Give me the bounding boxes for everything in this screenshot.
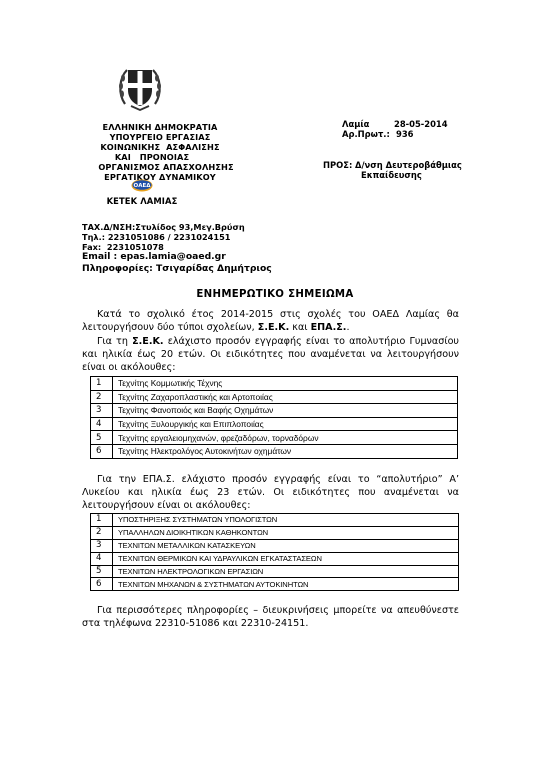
- specialty-name: ΤΕΧΝΙΤΩΝ ΜΕΤΑΛΛΙΚΩΝ ΚΑΤΑΣΚΕΥΩΝ: [113, 539, 459, 552]
- oaed-logo-icon: ΟΑΕΔ: [131, 179, 153, 192]
- letterhead-line: ΚΑΙ ΠΡΟΝΟΙΑΣ: [52, 152, 252, 162]
- contact-email: Email : epas.lamia@oaed.gr: [82, 252, 226, 262]
- table-row: 2ΥΠΑΛΛΗΛΩΝ ΔΙΟΙΚΗΤΙΚΩΝ ΚΑΘΗΚΟΝΤΩΝ: [91, 526, 459, 539]
- table-row: 1ΥΠΟΣΤΗΡΙΞΗΣ ΣΥΣΤΗΜΑΤΩΝ ΥΠΟΛΟΓΙΣΤΩΝ: [91, 514, 459, 527]
- recipient-line-2: Εκπαίδευσης: [361, 170, 422, 180]
- specialty-name: ΥΠΑΛΛΗΛΩΝ ΔΙΟΙΚΗΤΙΚΩΝ ΚΑΘΗΚΟΝΤΩΝ: [113, 526, 459, 539]
- table-row: 3Τεχνίτης Φανοποιός και Βαφής Οχημάτων: [91, 404, 458, 418]
- table-row: 6ΤΕΧΝΙΤΩΝ ΜΗΧΑΝΩΝ & ΣΥΣΤΗΜΑΤΩΝ ΑΥΤΟΚΙΝΗΤ…: [91, 578, 459, 591]
- specialty-name: Τεχνίτης εργαλειομηχανών, φρεζαδόρων, το…: [113, 431, 458, 445]
- specialty-name: ΤΕΧΝΙΤΩΝ ΜΗΧΑΝΩΝ & ΣΥΣΤΗΜΑΤΩΝ ΑΥΤΟΚΙΝΗΤΩ…: [113, 578, 459, 591]
- specialty-name: Τεχνίτης Ηλεκτρολόγος Αυτοκινήτων οχημάτ…: [113, 444, 458, 458]
- recipient-label: ΠΡΟΣ:: [323, 160, 352, 170]
- epas-abbrev: ΕΠΑ.Σ.: [311, 322, 347, 333]
- place-label: Λαμία: [342, 119, 369, 129]
- svg-text:ΟΑΕΔ: ΟΑΕΔ: [134, 183, 152, 189]
- row-number: 6: [91, 578, 113, 591]
- greek-coat-of-arms-icon: [117, 64, 163, 112]
- row-number: 4: [91, 417, 113, 431]
- epas-specialties-table: 1ΥΠΟΣΤΗΡΙΞΗΣ ΣΥΣΤΗΜΑΤΩΝ ΥΠΟΛΟΓΙΣΤΩΝ2ΥΠΑΛ…: [90, 513, 459, 591]
- contact-info: Πληροφορίες: Τσιγαρίδας Δημήτριος: [82, 264, 272, 274]
- letterhead-line: ΥΠΟΥΡΓΕΙΟ ΕΡΓΑΣΙΑΣ: [60, 132, 260, 142]
- recipient-line-1: Δ/νση Δευτεροβάθμιας: [355, 160, 462, 170]
- row-number: 5: [91, 565, 113, 578]
- specialty-name: ΤΕΧΝΙΤΩΝ ΘΕΡΜΙΚΩΝ ΚΑΙ ΥΔΡΑΥΛΙΚΩΝ ΕΓΚΑΤΑΣ…: [113, 552, 459, 565]
- unit-name: ΚΕΤΕΚ ΛΑΜΙΑΣ: [62, 196, 222, 206]
- contact-phone: Τηλ.: 2231051086 / 2231024151: [82, 232, 230, 242]
- table-row: 6Τεχνίτης Ηλεκτρολόγος Αυτοκινήτων οχημά…: [91, 444, 458, 458]
- table-row: 3ΤΕΧΝΙΤΩΝ ΜΕΤΑΛΛΙΚΩΝ ΚΑΤΑΣΚΕΥΩΝ: [91, 539, 459, 552]
- epas-paragraph: Για την ΕΠΑ.Σ. ελάχιστο προσόν εγγραφής …: [82, 473, 459, 513]
- epas-text: Για την ΕΠΑ.Σ. ελάχιστο προσόν εγγραφής …: [82, 474, 459, 511]
- specialty-name: Τεχνίτης Κομμωτικής Τέχνης: [113, 377, 458, 391]
- row-number: 1: [91, 377, 113, 391]
- row-number: 3: [91, 404, 113, 418]
- letterhead-line: ΚΟΙΝΩΝΙΚΗΣ ΑΣΦΑΛΙΣΗΣ: [60, 142, 260, 152]
- row-number: 5: [91, 431, 113, 445]
- closing-text: Για περισσότερες πληροφορίες – διευκρινή…: [82, 605, 459, 629]
- intro-end: .: [346, 322, 349, 333]
- row-number: 2: [91, 390, 113, 404]
- letterhead-line: ΟΡΓΑΝΙΣΜΟΣ ΑΠΑΣΧΟΛΗΣΗΣ: [66, 162, 266, 172]
- table-row: 4ΤΕΧΝΙΤΩΝ ΘΕΡΜΙΚΩΝ ΚΑΙ ΥΔΡΑΥΛΙΚΩΝ ΕΓΚΑΤΑ…: [91, 552, 459, 565]
- protocol-label: Αρ.Πρωτ.:: [342, 129, 390, 139]
- sek-paragraph: Για τη Σ.Ε.Κ. ελάχιστο προσόν εγγραφής ε…: [82, 335, 459, 375]
- specialty-name: Τεχνίτης Φανοποιός και Βαφής Οχημάτων: [113, 404, 458, 418]
- sek-specialties-table: 1Τεχνίτης Κομμωτικής Τέχνης2Τεχνίτης Ζαχ…: [90, 376, 458, 459]
- table-row: 5ΤΕΧΝΙΤΩΝ ΗΛΕΚΤΡΟΛΟΓΙΚΩΝ ΕΡΓΑΣΙΩΝ: [91, 565, 459, 578]
- intro-and: και: [289, 322, 310, 333]
- sek-bold: Σ.Ε.Κ.: [132, 336, 163, 347]
- row-number: 1: [91, 514, 113, 527]
- row-number: 2: [91, 526, 113, 539]
- sek-pre: Για τη: [97, 336, 132, 347]
- table-row: 1Τεχνίτης Κομμωτικής Τέχνης: [91, 377, 458, 391]
- row-number: 4: [91, 552, 113, 565]
- specialty-name: Τεχνίτης Ζαχαροπλαστικής και Αρτοποιίας: [113, 390, 458, 404]
- contact-address: ΤΑΧ.Δ/ΝΣΗ:Στυλίδος 93,Μεγ.Βρύση: [82, 222, 245, 232]
- table-row: 4Τεχνίτης Ξυλουργικής και Επιπλοποιίας: [91, 417, 458, 431]
- specialty-name: ΤΕΧΝΙΤΩΝ ΗΛΕΚΤΡΟΛΟΓΙΚΩΝ ΕΡΓΑΣΙΩΝ: [113, 565, 459, 578]
- table-row: 5Τεχνίτης εργαλειομηχανών, φρεζαδόρων, τ…: [91, 431, 458, 445]
- intro-paragraph: Κατά το σχολικό έτος 2014-2015 στις σχολ…: [82, 308, 459, 334]
- closing-paragraph: Για περισσότερες πληροφορίες – διευκρινή…: [82, 604, 459, 630]
- letterhead-line: ΕΛΛΗΝΙΚΗ ΔΗΜΟΚΡΑΤΙΑ: [60, 122, 260, 132]
- letterhead-line: ΕΡΓΑΤΙΚΟΥ ΔΥΝΑΜΙΚΟΥ: [60, 172, 260, 182]
- sek-abbrev: Σ.Ε.Κ.: [258, 322, 289, 333]
- document-title: ΕΝΗΜΕΡΩΤΙΚΟ ΣΗΜΕΙΩΜΑ: [75, 289, 475, 300]
- specialty-name: Τεχνίτης Ξυλουργικής και Επιπλοποιίας: [113, 417, 458, 431]
- document-date: 28-05-2014: [394, 119, 448, 129]
- row-number: 3: [91, 539, 113, 552]
- protocol-number: 936: [396, 129, 413, 139]
- row-number: 6: [91, 444, 113, 458]
- specialty-name: ΥΠΟΣΤΗΡΙΞΗΣ ΣΥΣΤΗΜΑΤΩΝ ΥΠΟΛΟΓΙΣΤΩΝ: [113, 514, 459, 527]
- table-row: 2Τεχνίτης Ζαχαροπλαστικής και Αρτοποιίας: [91, 390, 458, 404]
